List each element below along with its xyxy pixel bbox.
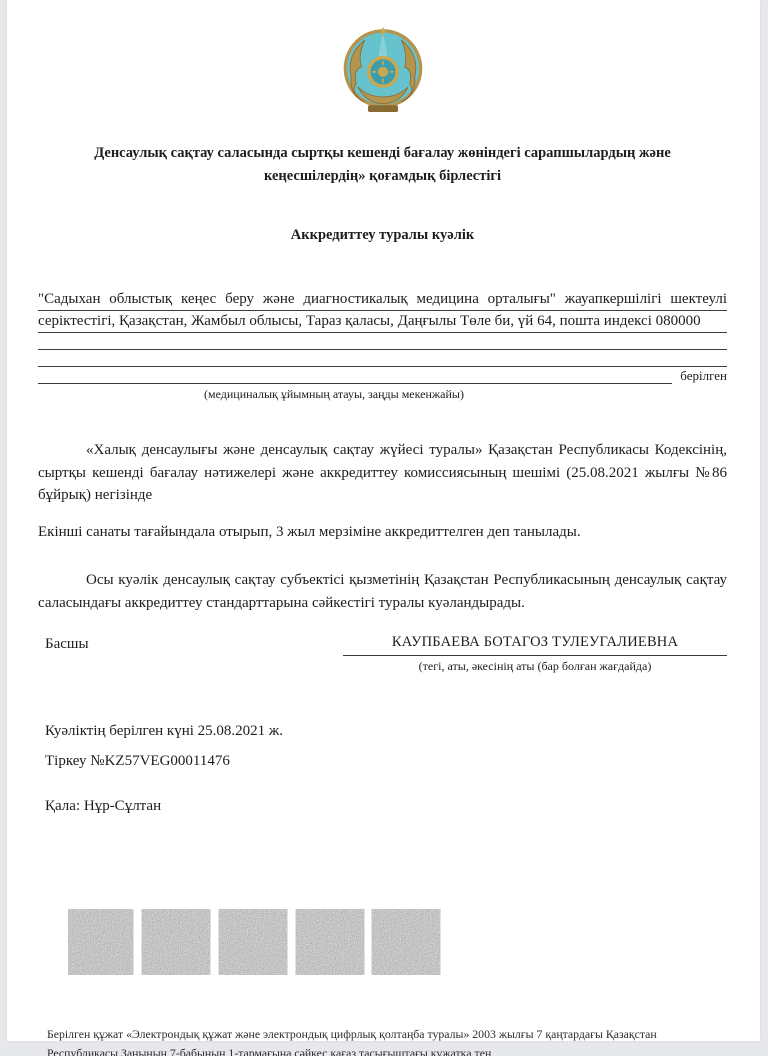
- attestation-paragraph: Осы куәлік денсаулық сақтау субъектісі қ…: [38, 569, 727, 614]
- recipient-line-1: "Садыхан облыстық кеңес беру және диагно…: [38, 289, 727, 311]
- noise-stamp-block-5: [375, 910, 437, 974]
- blank-underline-1: [38, 333, 727, 350]
- recipient-line-2: серіктестігі, Қазақстан, Жамбыл облысы, …: [38, 311, 727, 333]
- signature-block: КАУПБАЕВА БОТАГОЗ ТУЛЕУГАЛИЕВНА (тегі, а…: [343, 634, 727, 674]
- city-line: Қала: Нұр-Сұлтан: [38, 798, 727, 815]
- certificate-content: Денсаулық сақтау саласында сыртқы кешенд…: [38, 0, 727, 1056]
- basis-paragraph: «Халық денсаулығы және денсаулық сақтау …: [38, 439, 727, 507]
- noise-stamp-block-1: [68, 910, 130, 974]
- registration-number-line: Тіркеу №KZ57VEG00011476: [38, 753, 727, 770]
- noise-stamp-row: [68, 909, 727, 975]
- kazakhstan-coat-of-arms-icon: [341, 25, 425, 122]
- organization-title: Денсаулық сақтау саласында сыртқы кешенд…: [38, 142, 727, 188]
- recipient-caption: (медициналық ұйымның атауы, заңды мекенж…: [38, 387, 630, 402]
- recipient-section: "Садыхан облыстық кеңес беру және диагно…: [38, 289, 727, 402]
- certificate-page: Денсаулық сақтау саласында сыртқы кешенд…: [7, 0, 760, 1041]
- category-paragraph: Екінші санаты тағайындала отырып, 3 жыл …: [38, 521, 727, 544]
- signature-section: Басшы КАУПБАЕВА БОТАГОЗ ТУЛЕУГАЛИЕВНА (т…: [38, 634, 727, 674]
- issued-label: берілген: [672, 368, 727, 384]
- signature-caption: (тегі, аты, әкесінің аты (бар болған жағ…: [343, 659, 727, 674]
- document-title: Аккредиттеу туралы куәлік: [38, 224, 727, 247]
- signature-name: КАУПБАЕВА БОТАГОЗ ТУЛЕУГАЛИЕВНА: [343, 634, 727, 656]
- noise-stamp-block-4: [299, 910, 361, 974]
- issued-row: берілген: [38, 367, 727, 384]
- noise-stamp-block-2: [145, 910, 207, 974]
- noise-stamp-block-3: [222, 910, 284, 974]
- issue-date-line: Куәліктің берілген күні 25.08.2021 ж.: [38, 723, 727, 740]
- legal-footer-note: Берілген құжат «Электрондық құжат және э…: [38, 1025, 697, 1056]
- blank-underline-2: [38, 350, 727, 367]
- blank-underline-3: [38, 367, 672, 384]
- signature-role-label: Басшы: [38, 634, 89, 653]
- emblem-container: [38, 25, 727, 122]
